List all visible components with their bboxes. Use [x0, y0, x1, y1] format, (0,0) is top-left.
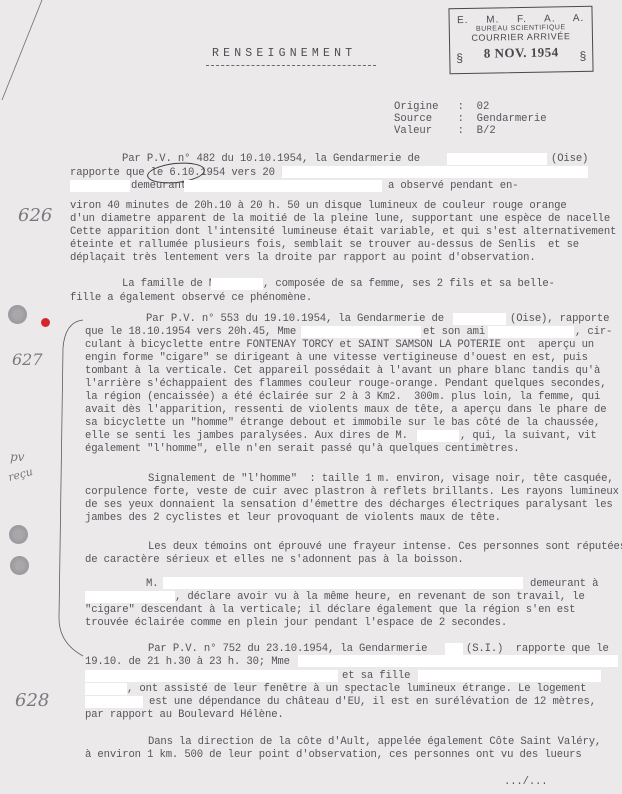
text-line: 19.10. de 21 h.30 à 23 h. 30; Mme — [85, 656, 290, 668]
meta-value: B/2 — [477, 125, 496, 137]
text-line: Par P.V. n° 553 du 19.10.1954, la Gendar… — [146, 313, 444, 325]
handwritten-note: 626 — [18, 205, 52, 226]
pencil-bracket-mark — [55, 318, 85, 658]
punch-hole — [10, 556, 29, 575]
handwritten-note: pv — [10, 450, 24, 464]
text-line: engin forme "cigare" se dirigeant à une … — [85, 352, 588, 364]
text-line: , ont assisté de leur fenêtre à un spect… — [127, 683, 586, 695]
text-line: demeurant à — [530, 578, 598, 590]
redaction — [447, 153, 547, 165]
received-stamp: E. M. F. A. A. BUREAU SCIENTIFIQUE COURR… — [448, 6, 593, 75]
text-line: la région (encaissée) a été éclairée sur… — [85, 391, 600, 403]
handwritten-note: 627 — [12, 350, 43, 369]
redaction — [417, 430, 459, 442]
text-line: et sa fille — [342, 670, 410, 682]
redaction — [85, 683, 127, 695]
redaction — [70, 180, 130, 192]
redaction — [85, 591, 175, 603]
text-line: de ses yeux donnaient la sensation d'éme… — [85, 499, 613, 511]
text-line: (S.I.) rapporte que le — [466, 643, 609, 655]
text-line: corpulence forte, veste de cuir avec pla… — [85, 486, 619, 498]
text-line: demeurant — [131, 180, 187, 192]
text-line: , cir- — [575, 326, 612, 338]
redaction — [282, 166, 588, 178]
document-title: RENSEIGNEMENT — [212, 47, 356, 60]
text-line: elle se senti les jambes paralysées. Aux… — [85, 430, 408, 442]
text-line: Cette apparition dont l'intensité lumine… — [70, 226, 616, 238]
text-line: (Oise), rapporte — [510, 313, 609, 325]
text-line: également "l'homme", elle n'en serait pa… — [85, 443, 520, 455]
text-line: que le 18.10.1954 vers 20h.45, Mme — [85, 326, 296, 338]
text-line: culant à bicyclette entre FONTENAY TORCY… — [85, 339, 594, 351]
text-line: (Oise) — [551, 153, 588, 165]
text-line: , déclare avoir vu à la même heure, en r… — [175, 591, 585, 603]
text-line: Les deux témoins ont éprouvé une frayeur… — [148, 541, 622, 553]
text-line: est une dépendance du château d'EU, il e… — [149, 696, 596, 708]
text-line: , qui, la suivant, vit — [460, 430, 597, 442]
text-line: a observé pendant en- — [388, 180, 518, 192]
text-line: et son ami — [423, 326, 485, 338]
text-line: à environ 1 km. 500 de leur point d'obse… — [85, 749, 582, 761]
redaction — [445, 643, 463, 655]
text-line: déplaçait très lentement vers la droite … — [70, 252, 536, 264]
redaction — [453, 313, 506, 325]
meta-origine: Origine : 02 — [394, 101, 489, 113]
text-line: avait dès l'apparition, ressenti de viol… — [85, 404, 606, 416]
stamp-ornament-icon: § — [579, 49, 586, 63]
redaction — [85, 670, 338, 682]
text-line: trouvée éclairée comme en plein jour pen… — [85, 617, 507, 629]
text-line: "cigare" descendant à la verticale; il d… — [85, 604, 575, 616]
text-line: d'un diametre apparent de la moitié de l… — [70, 213, 610, 225]
text-line: de caractère sérieux et elles ne s'adonn… — [85, 554, 464, 566]
meta-valeur: Valeur : B/2 — [394, 125, 496, 137]
redaction — [163, 577, 523, 589]
meta-label: Source — [394, 113, 432, 125]
text-line: , composée de sa femme, ses 2 fils et sa… — [263, 278, 555, 290]
text-line: jambes des 2 cyclistes et leur provoquan… — [85, 512, 501, 524]
redaction — [211, 278, 263, 290]
redaction — [184, 180, 382, 192]
redaction — [85, 696, 143, 708]
pencil-stroke-mark — [0, 0, 50, 110]
meta-label: Origine — [394, 101, 439, 113]
meta-value: 02 — [477, 101, 490, 113]
stamp-ornament-icon: § — [456, 51, 463, 65]
redaction — [488, 326, 574, 338]
document-page: RENSEIGNEMENT E. M. F. A. A. BUREAU SCIE… — [0, 0, 622, 794]
handwritten-note: reçu — [7, 465, 35, 484]
redaction — [298, 655, 618, 667]
text-line: viron 40 minutes de 20h.10 à 20 h. 50 un… — [70, 200, 567, 212]
text-line: M. — [146, 578, 158, 590]
punch-hole — [9, 525, 28, 544]
meta-source: Source : Gendarmerie — [394, 113, 547, 125]
text-line: par rapport au Boulevard Hélène. — [85, 709, 284, 721]
stamp-date: 8 NOV. 1954 — [450, 44, 592, 62]
red-dot-mark — [41, 318, 50, 327]
redaction — [301, 326, 421, 338]
stamp-line3: COURRIER ARRIVÉE — [450, 31, 592, 43]
continuation-mark: .../... — [504, 776, 547, 788]
redaction — [418, 670, 601, 682]
punch-hole — [8, 305, 27, 324]
text-line: La famille de M. — [122, 278, 221, 290]
text-line: tombant à la verticale. Cet appareil pos… — [85, 365, 600, 377]
meta-label: Valeur — [394, 125, 432, 137]
text-line: Signalement de "l'homme" : taille 1 m. e… — [148, 473, 614, 485]
text-line: Dans la direction de la côte d'Ault, app… — [148, 736, 601, 748]
title-underline — [206, 65, 376, 66]
text-line: Par P.V. n° 752 du 23.10.1954, la Gendar… — [148, 643, 427, 655]
text-line: éteinte et rallumée plusieurs fois, semb… — [70, 239, 579, 251]
text-line: l'arrière s'échappaient des flammes coul… — [85, 378, 606, 390]
text-line: fille a également observé ce phénomène. — [70, 292, 312, 304]
handwritten-note: 628 — [15, 690, 49, 711]
meta-value: Gendarmerie — [477, 113, 547, 125]
text-line: sa bicyclette un "homme" étrange debout … — [85, 417, 600, 429]
